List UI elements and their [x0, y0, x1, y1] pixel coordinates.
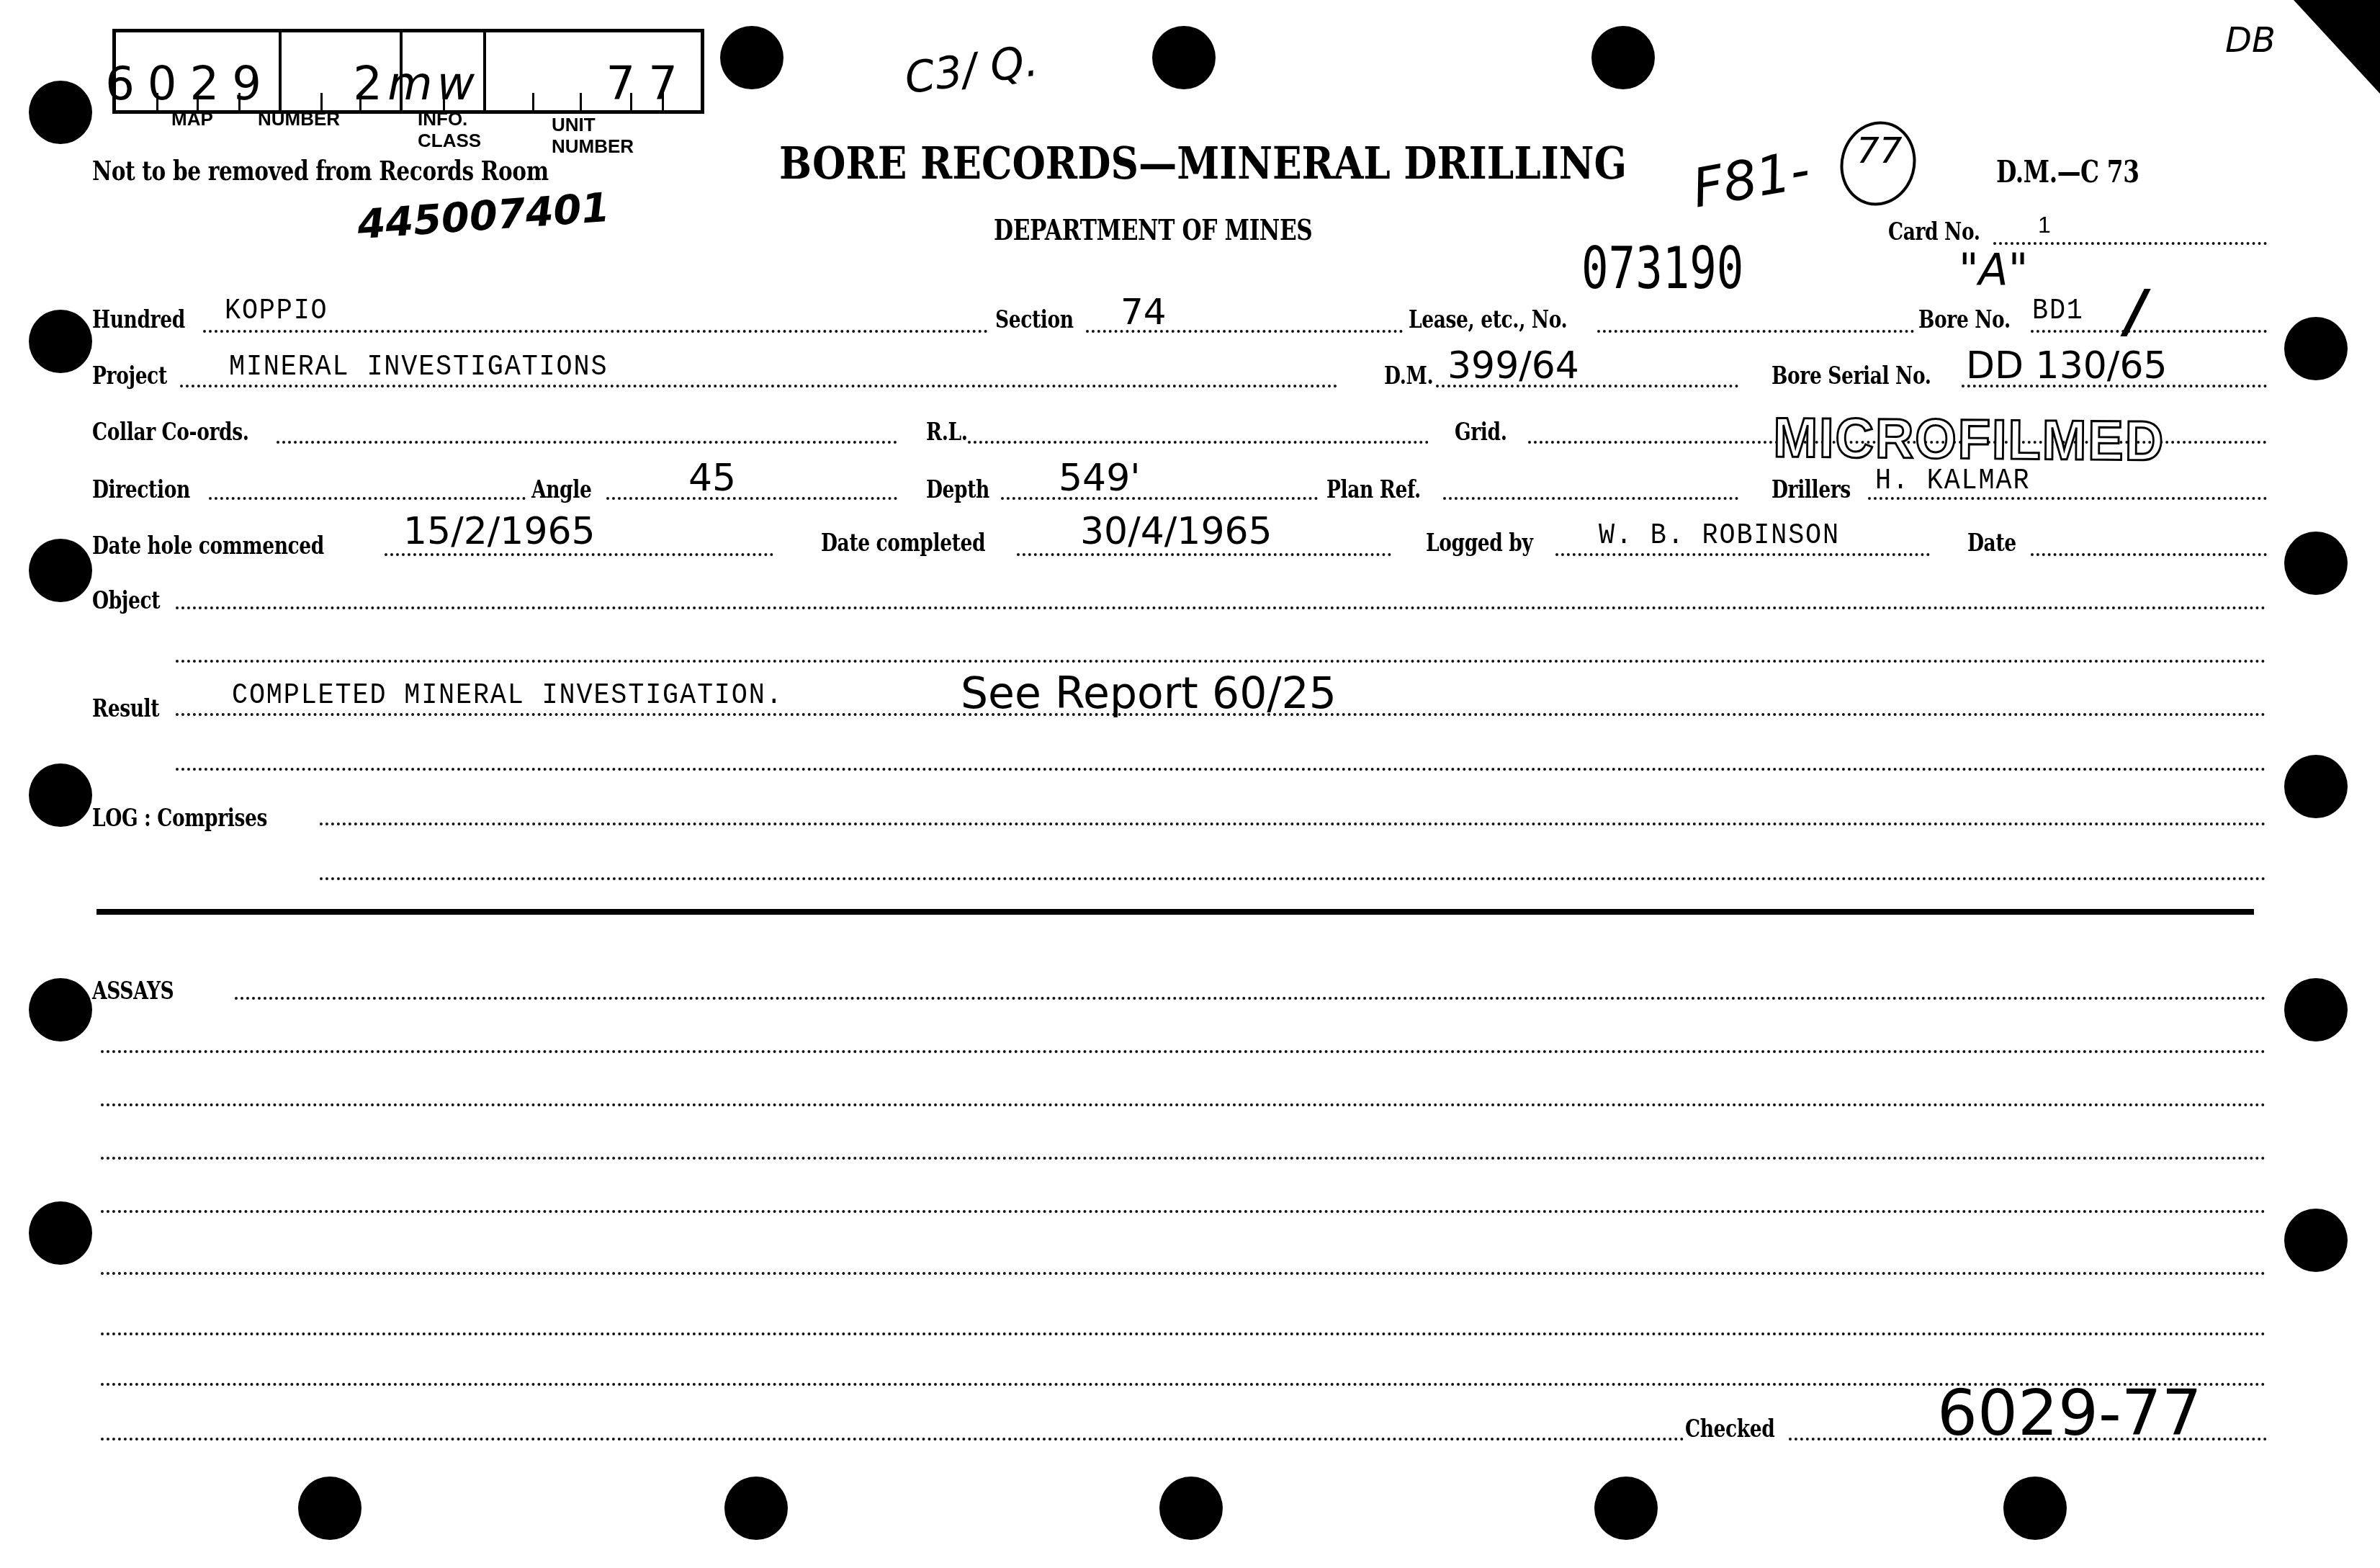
punch-hole-icon — [1159, 1477, 1223, 1540]
bore-no-label: Bore No. — [1918, 305, 2011, 334]
card-no-line — [1993, 242, 2267, 245]
assays-line-2[interactable] — [101, 1050, 2267, 1053]
punch-hole-icon — [2003, 1477, 2067, 1540]
date-line[interactable] — [2031, 553, 2267, 556]
date-completed-label: Date completed — [821, 529, 985, 557]
punch-hole-icon — [2284, 317, 2348, 380]
collar-label: Collar Co-ords. — [92, 418, 249, 447]
checked-label: Checked — [1685, 1415, 1774, 1443]
checked-value[interactable]: 6029-77 — [1937, 1376, 2202, 1450]
direction-line[interactable] — [209, 497, 526, 500]
info-class-cell[interactable]: MW — [403, 32, 486, 110]
log-line-2[interactable] — [320, 877, 2267, 880]
collar-line[interactable] — [277, 441, 897, 444]
section-value[interactable]: 74 — [1121, 291, 1167, 333]
date-label: Date — [1967, 529, 2016, 557]
punch-hole-icon — [720, 26, 783, 89]
result-line-2[interactable] — [176, 768, 2267, 771]
object-line-2[interactable] — [176, 660, 2267, 663]
punch-hole-icon — [29, 539, 92, 602]
form-code: D.M.—C 73 — [1996, 154, 2139, 189]
log-line-1[interactable] — [320, 823, 2267, 825]
assays-line-6[interactable] — [101, 1272, 2267, 1275]
logged-by-line — [1555, 553, 1930, 556]
handwritten-reference: 445007401 — [356, 184, 611, 248]
assays-line-7[interactable] — [101, 1332, 2267, 1335]
object-label: Object — [92, 586, 160, 615]
date-commenced-label: Date hole commenced — [92, 532, 324, 560]
punch-hole-icon — [1594, 1477, 1658, 1540]
logged-by-label: Logged by — [1426, 529, 1533, 557]
punch-hole-icon — [29, 1201, 92, 1265]
direction-label: Direction — [92, 475, 190, 504]
hundred-label: Hundred — [92, 305, 185, 334]
circled-number: 77 — [1856, 130, 1903, 171]
punch-hole-icon — [2284, 1209, 2348, 1272]
punch-hole-icon — [298, 1477, 362, 1540]
rl-label: R.L. — [926, 418, 968, 447]
result-value[interactable]: COMPLETED MINERAL INVESTIGATION. — [232, 680, 783, 712]
record-stamp-number: 073190 — [1581, 235, 1743, 302]
bore-serial-label: Bore Serial No. — [1771, 362, 1931, 390]
drillers-label: Drillers — [1771, 475, 1851, 504]
corner-cut — [2294, 0, 2380, 94]
punch-hole-icon — [1152, 26, 1216, 89]
dm-value[interactable]: 399/64 — [1447, 344, 1579, 387]
number-caption: NUMBER — [258, 108, 340, 130]
map-number-value: 6029 — [105, 61, 279, 110]
assays-line-9[interactable] — [101, 1438, 1685, 1441]
assays-line-1[interactable] — [235, 997, 2267, 1000]
dm-label: D.M. — [1384, 362, 1433, 390]
grid-label: Grid. — [1455, 418, 1507, 447]
unit-number-caption: UNIT NUMBER — [552, 114, 634, 157]
date-commenced-line — [385, 553, 773, 556]
punch-hole-icon — [29, 310, 92, 373]
bore-no-mark: / — [2126, 278, 2147, 345]
unit-number-value: 77 — [606, 61, 695, 110]
punch-hole-icon — [1591, 26, 1655, 89]
plan-ref-line[interactable] — [1443, 497, 1738, 500]
punch-hole-icon — [29, 978, 92, 1041]
punch-hole-icon — [2284, 978, 2348, 1041]
punch-hole-icon — [2284, 755, 2348, 818]
map-caption: MAP — [171, 108, 213, 130]
bore-serial-value[interactable]: DD 130/65 — [1966, 344, 2168, 387]
reference-box: 6029 2 MW 77 — [112, 29, 704, 114]
depth-value[interactable]: 549' — [1059, 457, 1141, 500]
card-no-value[interactable]: 1 — [2038, 212, 2051, 238]
hundred-line — [203, 330, 988, 333]
plan-ref-label: Plan Ref. — [1326, 475, 1421, 504]
punch-hole-icon — [2284, 532, 2348, 595]
assays-line-5[interactable] — [101, 1210, 2267, 1213]
map-number-cell[interactable]: 6029 — [116, 32, 282, 110]
page-title: BORE RECORDS—MINERAL DRILLING — [779, 137, 1627, 189]
hundred-value[interactable]: KOPPIO — [225, 295, 328, 328]
depth-label: Depth — [926, 475, 989, 504]
microfilmed-stamp: MICROFILMED — [1773, 405, 2165, 474]
info-class-value: MW — [387, 61, 483, 110]
bore-no-value[interactable]: BD1 — [2032, 295, 2084, 328]
result-label: Result — [92, 694, 159, 723]
info-class-caption: INFO. CLASS — [418, 108, 481, 151]
assays-label: ASSAYS — [92, 977, 174, 1005]
bore-no-line — [2031, 330, 2267, 333]
drillers-value[interactable]: H. KALMAR — [1875, 465, 2030, 498]
rl-line[interactable] — [968, 441, 1429, 444]
angle-line — [606, 497, 897, 500]
depth-line — [1001, 497, 1318, 500]
punch-hole-icon — [29, 763, 92, 827]
section-divider — [96, 909, 2254, 915]
angle-label: Angle — [531, 475, 591, 504]
lease-line[interactable] — [1597, 330, 1914, 333]
angle-value[interactable]: 45 — [688, 457, 736, 500]
fsl-annotation: F81- — [1688, 138, 1815, 220]
date-completed-line — [1017, 553, 1391, 556]
top-scribble: C3/ Q. — [902, 35, 1041, 104]
unit-number-cell[interactable]: 77 — [486, 32, 695, 110]
section-label: Section — [995, 305, 1074, 334]
lease-label: Lease, etc., No. — [1409, 305, 1567, 334]
assays-line-4[interactable] — [101, 1157, 2267, 1160]
card-no-label: Card No. — [1888, 218, 1980, 246]
object-line-1[interactable] — [176, 606, 2267, 609]
department-name: DEPARTMENT OF MINES — [994, 213, 1312, 247]
initials-annotation: DB — [2225, 20, 2276, 61]
card-letter-annotation: "A" — [1959, 245, 2028, 295]
project-label: Project — [92, 362, 167, 390]
number-cell[interactable]: 2 — [282, 32, 403, 110]
records-room-notice: Not to be removed from Records Room — [92, 154, 549, 187]
logged-by-value[interactable]: W. B. ROBINSON — [1599, 520, 1840, 552]
log-label: LOG : Comprises — [92, 804, 267, 833]
punch-hole-icon — [724, 1477, 788, 1540]
date-commenced-value[interactable]: 15/2/1965 — [403, 510, 596, 553]
project-value[interactable]: MINERAL INVESTIGATIONS — [229, 351, 608, 384]
result-handwritten-note: See Report 60/25 — [961, 668, 1337, 719]
assays-line-3[interactable] — [101, 1103, 2267, 1106]
punch-hole-icon — [29, 81, 92, 144]
project-line — [180, 385, 1338, 387]
date-completed-value[interactable]: 30/4/1965 — [1080, 510, 1272, 553]
